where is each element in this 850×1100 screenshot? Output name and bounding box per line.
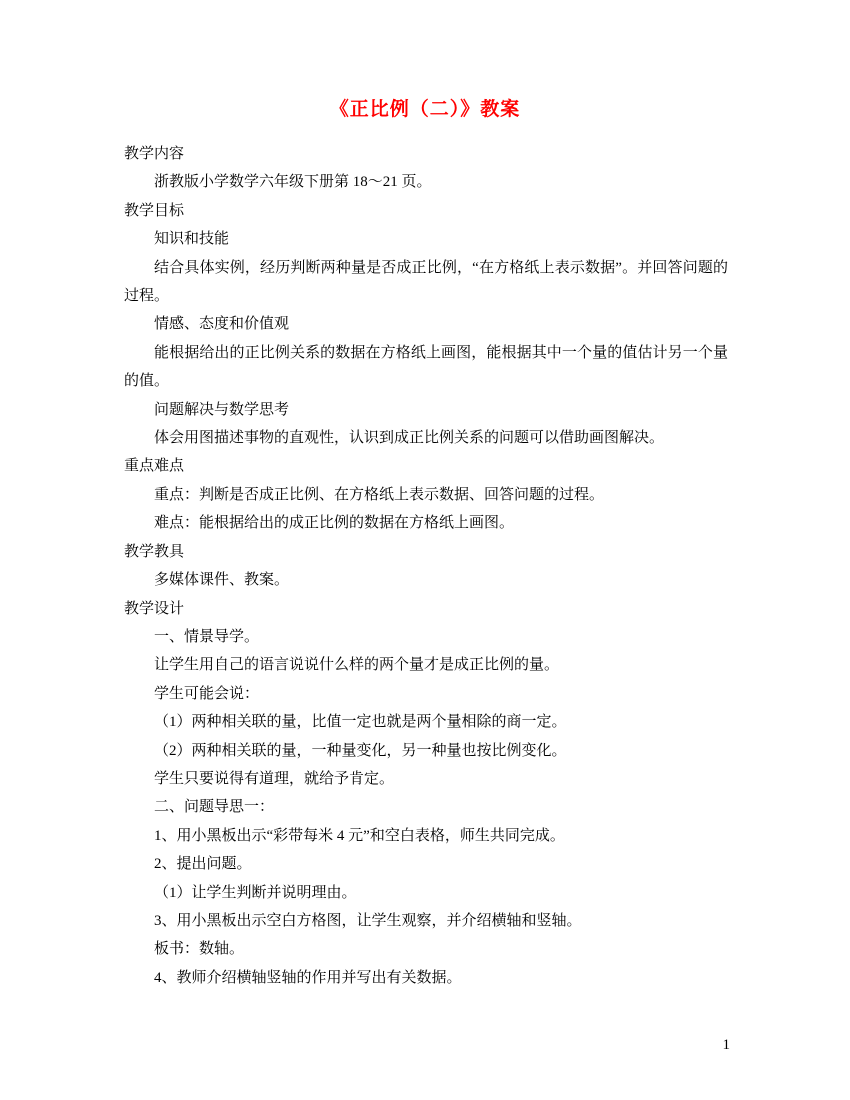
paragraph: 问题解决与数学思考 <box>124 396 728 424</box>
paragraph: 结合具体实例，经历判断两种量是否成正比例，“在方格纸上表示数据”。并回答问题的过… <box>124 254 728 311</box>
paragraph: 情感、态度和价值观 <box>124 310 728 338</box>
paragraph: 2、提出问题。 <box>124 850 728 878</box>
paragraph: 能根据给出的正比例关系的数据在方格纸上画图，能根据其中一个量的值估计另一个量的值… <box>124 339 728 396</box>
paragraph: 让学生用自己的语言说说什么样的两个量才是成正比例的量。 <box>124 651 728 679</box>
section-heading: 教学目标 <box>124 197 728 225</box>
paragraph: 一、情景导学。 <box>124 623 728 651</box>
paragraph: 4、教师介绍横轴竖轴的作用并写出有关数据。 <box>124 964 728 992</box>
page-number: 1 <box>600 1031 730 1059</box>
paragraph: （2）两种相关联的量，一种量变化，另一种量也按比例变化。 <box>124 737 728 765</box>
document-title: 《正比例（二）》教案 <box>0 95 850 125</box>
paragraph: 浙教版小学数学六年级下册第 18～21 页。 <box>124 168 728 196</box>
paragraph: 学生只要说得有道理，就给予肯定。 <box>124 765 728 793</box>
paragraph: （1）让学生判断并说明理由。 <box>124 879 728 907</box>
paragraph: 1、用小黑板出示“彩带每米 4 元”和空白表格，师生共同完成。 <box>124 822 728 850</box>
section-heading: 教学设计 <box>124 595 728 623</box>
paragraph: 知识和技能 <box>124 225 728 253</box>
section-heading: 教学教具 <box>124 538 728 566</box>
paragraph: 体会用图描述事物的直观性，认识到成正比例关系的问题可以借助画图解决。 <box>124 424 728 452</box>
paragraph: 难点：能根据给出的成正比例的数据在方格纸上画图。 <box>124 509 728 537</box>
section-heading: 重点难点 <box>124 452 728 480</box>
paragraph: 学生可能会说： <box>124 680 728 708</box>
paragraph: 二、问题导思一： <box>124 793 728 821</box>
document-body: 教学内容浙教版小学数学六年级下册第 18～21 页。教学目标知识和技能结合具体实… <box>124 140 728 992</box>
paragraph: 3、用小黑板出示空白方格图，让学生观察，并介绍横轴和竖轴。 <box>124 907 728 935</box>
paragraph: 板书：数轴。 <box>124 935 728 963</box>
section-heading: 教学内容 <box>124 140 728 168</box>
paragraph: （1）两种相关联的量，比值一定也就是两个量相除的商一定。 <box>124 708 728 736</box>
paragraph: 多媒体课件、教案。 <box>124 566 728 594</box>
document-page: 《正比例（二）》教案 教学内容浙教版小学数学六年级下册第 18～21 页。教学目… <box>0 0 850 1100</box>
paragraph: 重点：判断是否成正比例、在方格纸上表示数据、回答问题的过程。 <box>124 481 728 509</box>
